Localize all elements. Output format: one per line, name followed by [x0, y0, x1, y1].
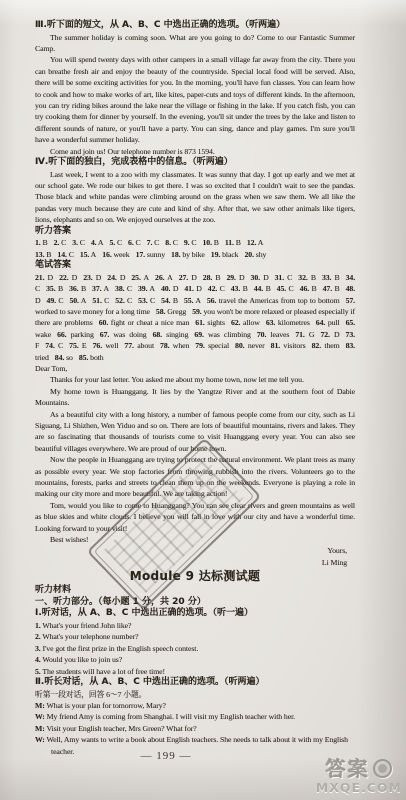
letter-paragraph-1: Thanks for your last letter. You asked m… [35, 374, 355, 385]
section1-heading: Ⅰ.听对话，从 A、B、C 中选出正确的选项。（听一遍） [35, 608, 355, 620]
listening-answers-line-2: 13. B14. C15. A16. week17. sunny18. by b… [35, 249, 355, 260]
watermark-brand-text: 答案 [326, 759, 370, 779]
scanned-workbook-page: Ⅲ.听下面的短文，从 A、B、C 中选出正确的选项。（听两遍） The summ… [0, 0, 406, 800]
letter-salutation: Dear Tom, [35, 363, 355, 374]
letter-paragraph-4: Now the people in Huanggang are trying t… [35, 454, 355, 500]
listening-answers-line-1: 1. B2. C3. C4. A5. C6. C7. C8. C9. C10. … [35, 237, 355, 248]
listening-answers-heading: 听力答案 [35, 226, 355, 238]
section1-questions: 1. What's your friend John like?2. What'… [35, 620, 355, 677]
watermark-logo-icon [373, 759, 392, 778]
section3-heading: Ⅲ.听下面的短文，从 A、B、C 中选出正确的选项。（听两遍） [35, 20, 355, 32]
section3-paragraph-1: The summer holiday is coming soon. What … [35, 32, 355, 55]
page-number: — 199 — [35, 750, 297, 762]
listening-material-heading: 听力材料 [35, 585, 355, 597]
watermark-site-text: MXQE.COM [316, 782, 402, 795]
section3-paragraph-3: Come and join us! Our telephone number i… [35, 146, 355, 157]
module9-title: Module 9 达标测试题 [35, 568, 355, 585]
section2-heading: Ⅱ.听长对话，从 A、B、C 中选出正确的选项。（听两遍） [35, 677, 355, 689]
page-content: Ⅲ.听下面的短文，从 A、B、C 中选出正确的选项。（听两遍） The summ… [35, 20, 355, 757]
section2-subheading: 听第一段对话，回答 6～7 小题。 [35, 689, 355, 700]
letter-paragraph-2: My home town is Huanggang. It lies by th… [35, 386, 355, 409]
written-answers-list: 21. D22. D23. D24. D25. A26. A27. D28. B… [35, 272, 355, 363]
watermark-brand-row: 答案 [316, 759, 402, 779]
section3-paragraph-2: You will spend twenty days with other ca… [35, 54, 355, 145]
watermark: 答案 MXQE.COM [316, 759, 402, 795]
part1-heading: 一、听力部分。（每小题 1 分，共 20 分） [35, 597, 355, 609]
section4-heading: Ⅳ.听下面的独白，完成表格中的信息。（听两遍） [35, 157, 355, 169]
letter-closing: Best wishes! [35, 534, 355, 545]
letter-paragraph-5: Tom, would you like to come to Huanggang… [35, 500, 355, 534]
letter-signoff-yours: Yours, [35, 545, 355, 556]
written-answers-heading: 笔试答案 [35, 260, 355, 272]
letter-paragraph-3: As a beautiful city with a long history,… [35, 409, 355, 455]
section4-paragraph-1: Last week, I went to a zoo with my class… [35, 169, 355, 226]
section2-dialog: M: What is your plan for tomorrow, Mary?… [35, 700, 355, 757]
letter-signoff-name: Li Ming [35, 557, 355, 568]
